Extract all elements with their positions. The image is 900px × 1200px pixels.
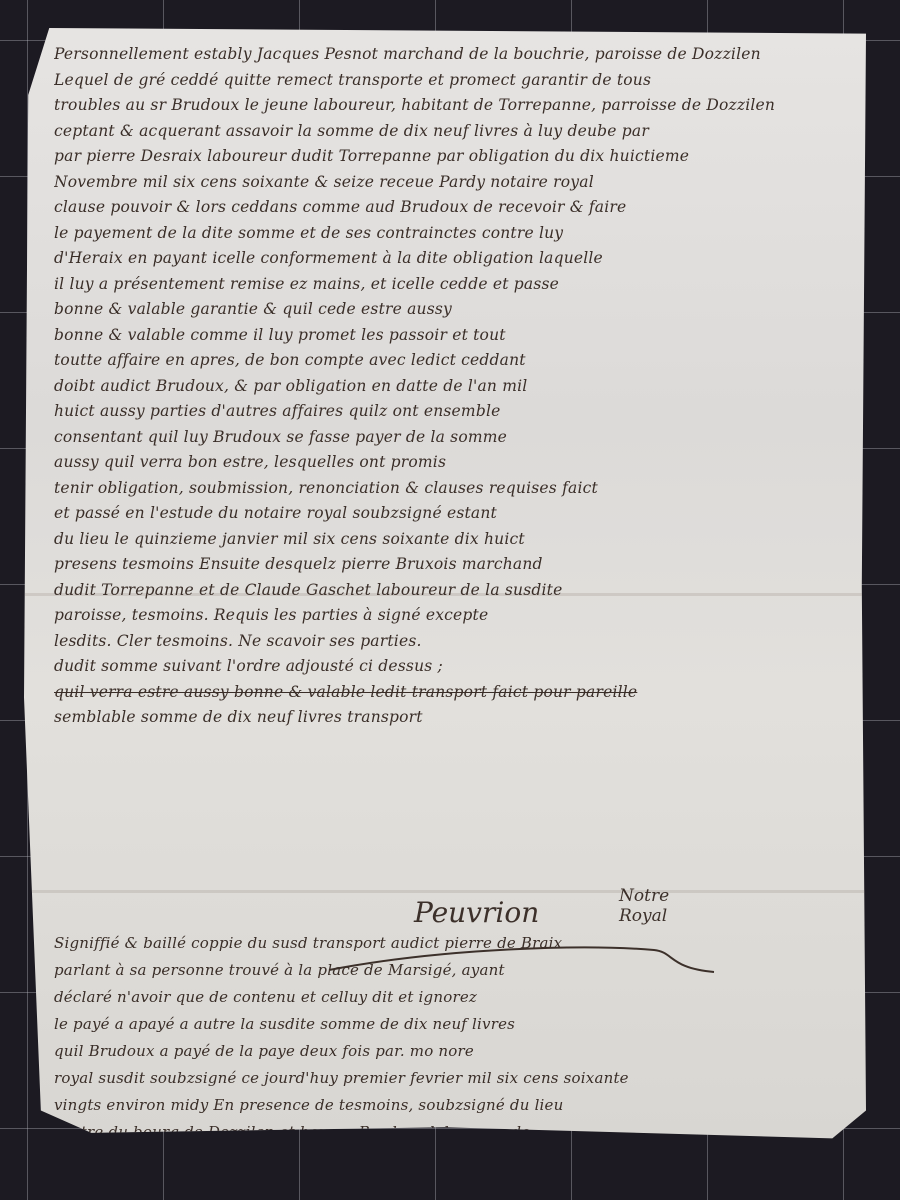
text-line: huict aussy parties d'autres affaires qu… [54,399,844,425]
document-sheet: Personnellement estably Jacques Pesnot m… [24,28,866,1144]
text-line: dudit somme suivant l'ordre adjousté ci … [54,654,844,680]
main-text-block: Personnellement estably Jacques Pesnot m… [54,42,844,731]
text-line: déclaré n'avoir que de contenu et celluy… [54,984,844,1011]
text-line: bonne & valable garantie & quil cede est… [54,297,844,323]
text-line: d'Heraix en payant icelle conformement à… [54,246,844,272]
text-line: parlant à sa personne trouvé à la place … [54,957,844,984]
text-line: Signiffié & baillé coppie du susd transp… [54,930,844,957]
text-line: le payé a apayé a autre la susdite somme… [54,1011,844,1038]
signature-title-line: Royal [619,906,669,926]
text-line: toutte affaire en apres, de bon compte a… [54,348,844,374]
signature-title-line: Notre [619,886,669,906]
signature-title: Notre Royal [619,886,669,926]
text-line: consentant quil luy Brudoux se fasse pay… [54,425,844,451]
text-line: et passé en l'estude du notaire royal so… [54,501,844,527]
text-line: troubles au sr Brudoux le jeune laboureu… [54,93,844,119]
text-line: ceptant & acquerant assavoir la somme de… [54,119,844,145]
text-line: lesdits. Cler tesmoins. Ne scavoir ses p… [54,629,844,655]
signature-name: Peuvrion [414,896,539,929]
text-line: presens tesmoins Ensuite desquelz pierre… [54,552,844,578]
text-line: il luy a présentement remise ez mains, e… [54,272,844,298]
text-line: le payement de la dite somme et de ses c… [54,221,844,247]
text-line: paroisse, tesmoins. Requis les parties à… [54,603,844,629]
text-line: septre du bourg de Dozzilen et bourgs Br… [54,1119,844,1146]
text-line: dudit Torrepanne et de Claude Gaschet la… [54,578,844,604]
text-line: bonne & valable comme il luy promet les … [54,323,844,349]
text-line: aussy quil verra bon estre, lesquelles o… [54,450,844,476]
text-line: tenir obligation, soubmission, renonciat… [54,476,844,502]
text-line: vingts environ midy En presence de tesmo… [54,1092,844,1119]
text-line: quil Brudoux a payé de la paye deux fois… [54,1038,844,1065]
text-line: semblable somme de dix neuf livres trans… [54,705,844,731]
text-line: Personnellement estably Jacques Pesnot m… [54,42,844,68]
text-line: clause pouvoir & lors ceddans comme aud … [54,195,844,221]
text-line: du lieu le quinzieme janvier mil six cen… [54,527,844,553]
text-line: Lequel de gré ceddé quitte remect transp… [54,68,844,94]
signification-notice: Signiffié & baillé coppie du susd transp… [54,930,844,1146]
text-line: par pierre Desraix laboureur dudit Torre… [54,144,844,170]
struck-text-line: quil verra estre aussy bonne & valable l… [54,680,844,706]
text-line: royal susdit soubzsigné ce jourd'huy pre… [54,1065,844,1092]
text-line: Novembre mil six cens soixante & seize r… [54,170,844,196]
text-line: doibt audict Brudoux, & par obligation e… [54,374,844,400]
